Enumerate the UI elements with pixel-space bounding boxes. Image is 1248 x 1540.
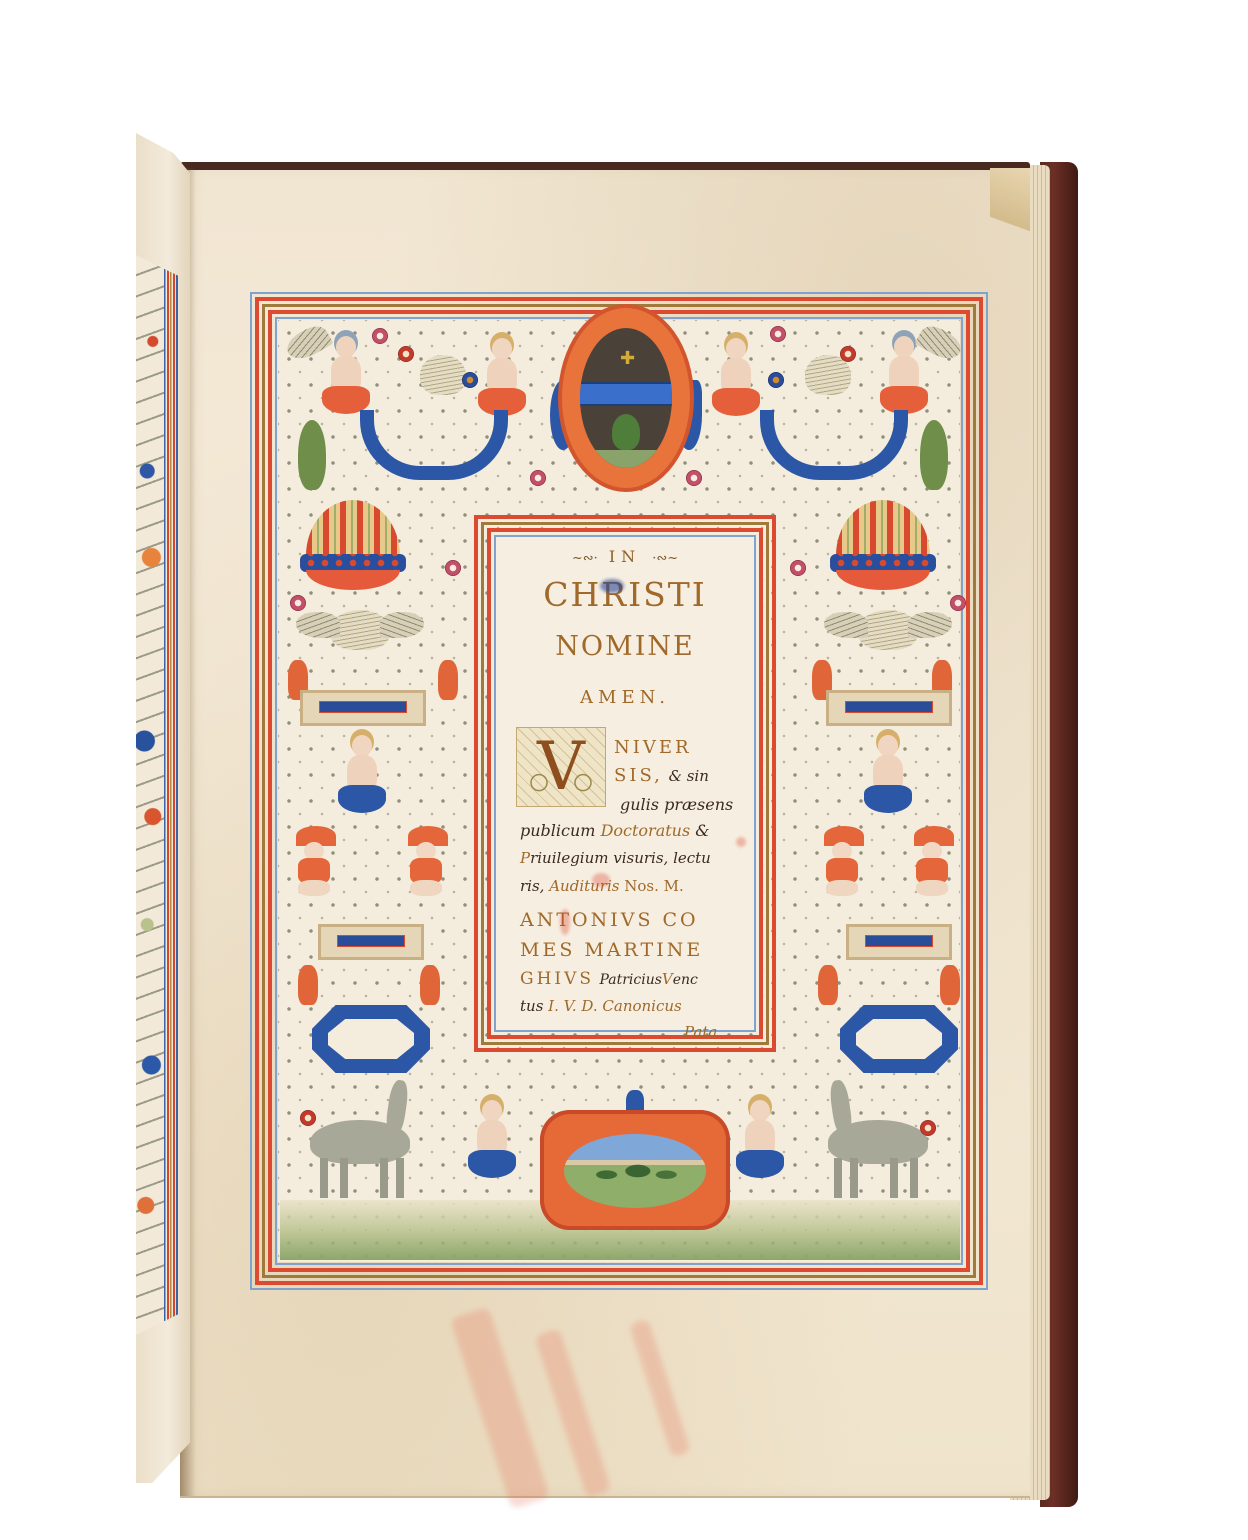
heraldic-shield: ✚ [580, 328, 672, 468]
vase-icon [420, 965, 440, 1005]
vase-icon [940, 965, 960, 1005]
rose-icon [920, 1120, 936, 1136]
red-stain [560, 909, 570, 935]
text-line-11: Pata [684, 1023, 717, 1041]
red-stain [534, 1328, 611, 1498]
kneeling-figure-right [736, 1100, 784, 1178]
vase-icon [298, 965, 318, 1005]
octagon-frame-right [840, 1005, 958, 1073]
tree-icon [612, 414, 640, 450]
merman-right [880, 336, 928, 414]
blue-plaque-right [826, 690, 952, 726]
text-line-7: ANTONIVS CO [520, 909, 699, 931]
red-stain [736, 837, 746, 847]
rose-icon [770, 326, 786, 342]
striped-helmet-left [298, 500, 408, 590]
text-line-1: NIVER [614, 737, 692, 758]
rose-icon [768, 372, 784, 388]
rose-icon [950, 595, 966, 611]
green-tail-right [920, 420, 948, 490]
rose-icon [372, 328, 388, 344]
vase-icon [438, 660, 458, 700]
blue-ink-blot [600, 579, 624, 593]
left-leaf-frame-lines [164, 255, 178, 1335]
vase-icon [818, 965, 838, 1005]
wing-icon [824, 612, 868, 638]
text-line-4: publicum Doctoratus & [520, 821, 710, 840]
text-line-10: tus I. V. D. Canonicus [520, 997, 682, 1015]
left-leaf-border [136, 255, 180, 1335]
jester-left-2 [404, 826, 448, 896]
red-stain [450, 1307, 550, 1510]
pedestal-right [846, 924, 952, 960]
rose-icon [840, 346, 856, 362]
text-line-2: SIS, & sin [614, 765, 709, 786]
kneeling-figure-left [468, 1100, 516, 1178]
rose-icon [530, 470, 546, 486]
decorated-initial-v: V [516, 727, 606, 807]
cross-icon: ✚ [620, 350, 635, 368]
text-line-3: gulis præsens [620, 795, 733, 814]
winged-putto-left [338, 735, 386, 813]
pedestal-left [318, 924, 424, 960]
green-tail-left [298, 420, 326, 490]
rose-icon [445, 560, 461, 576]
rose-icon [290, 595, 306, 611]
heading-nomine: NOMINE [496, 631, 754, 662]
flourish-right: ·∾~ [652, 551, 678, 566]
text-line-9: GHIVS PatriciusVenc [520, 969, 698, 989]
jester-right-1 [820, 826, 864, 896]
heading-christi: CHRISTI [496, 575, 754, 614]
striped-helmet-right [828, 500, 938, 590]
jester-left-1 [292, 826, 336, 896]
coat-of-arms-cartouche: ✚ [556, 300, 696, 500]
bird-icon [420, 355, 466, 395]
corner-fold [990, 168, 1030, 258]
flourish-left: ~∾· [572, 551, 598, 566]
red-stain [592, 873, 610, 887]
rose-icon [398, 346, 414, 362]
landscape-scene [564, 1134, 706, 1208]
text-line-8: MES MARTINE [520, 939, 703, 961]
heading-amen: AMEN. [496, 687, 754, 708]
rose-icon [790, 560, 806, 576]
blue-plaque-left [300, 690, 426, 726]
incipit-in: ~∾· IN ·∾~ [496, 547, 754, 566]
blue-fess [580, 382, 672, 406]
rose-icon [300, 1110, 316, 1126]
top-binding-edge [180, 162, 1030, 170]
left-leaf-floral-decoration [136, 255, 164, 1335]
camel-right [808, 1080, 938, 1200]
text-panel: ~∾· IN ·∾~ CHRISTI NOMINE AMEN. V NIVER … [496, 537, 754, 1030]
octagon-frame-left [312, 1005, 430, 1073]
red-stain [629, 1318, 691, 1457]
wing-icon [296, 612, 340, 638]
jester-right-2 [910, 826, 954, 896]
mermaid-left [478, 338, 526, 416]
ground [580, 450, 672, 468]
landscape-cartouche [540, 1090, 730, 1240]
camel-left [300, 1080, 430, 1200]
merman-left [322, 336, 370, 414]
winged-putto-right [864, 735, 912, 813]
text-line-5: Priuilegium visuris, lectu [520, 849, 711, 867]
word-in: IN [609, 547, 641, 566]
mermaid-right [712, 338, 760, 416]
rose-icon [462, 372, 478, 388]
